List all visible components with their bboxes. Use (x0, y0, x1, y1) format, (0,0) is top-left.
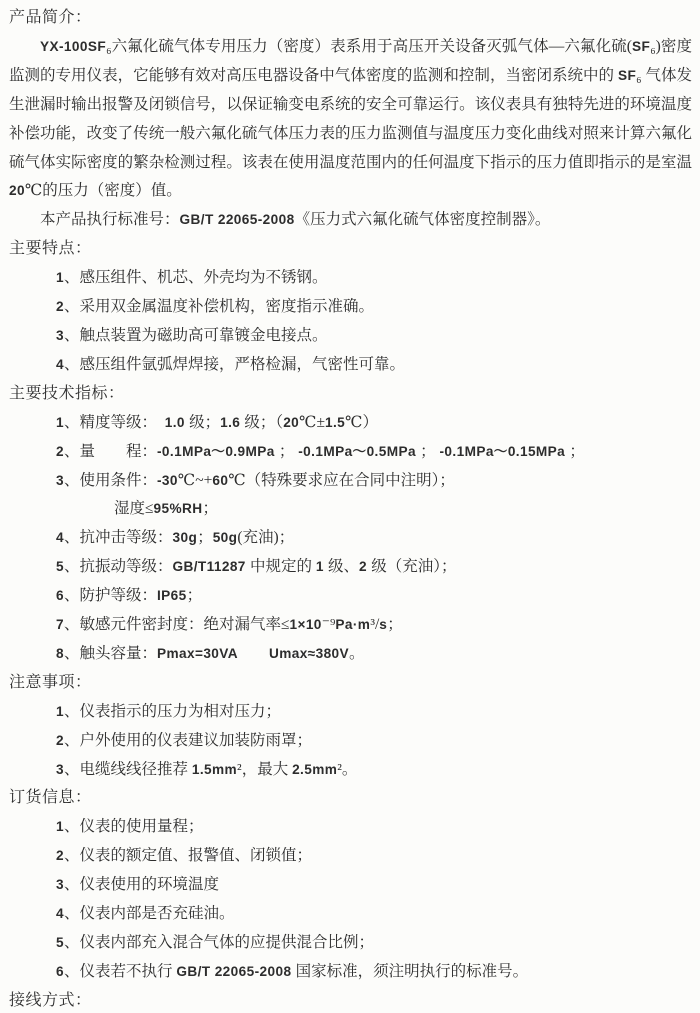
spec-item-seal: 7、敏感元件密封度：绝对漏气率≤1×10⁻⁹Pa·m³/s； (9, 611, 692, 640)
spec-item-range: 2、量 程：-0.1MPa～0.9MPa ； -0.1MPa～0.5MPa ； … (9, 438, 692, 467)
document-page: 产品简介： YX-100SF₆六氟化硫气体专用压力（密度）表系用于高压开关设备灭… (0, 0, 700, 1013)
intro-heading: 产品简介： (9, 4, 692, 33)
ordering-item: 6、仪表若不执行 GB/T 22065-2008 国家标准，须注明执行的标准号。 (9, 958, 692, 987)
note-item: 3、电缆线线径推荐 1.5mm²，最大 2.5mm²。 (9, 756, 692, 785)
feature-item: 1、感压组件、机芯、外壳均为不锈钢。 (9, 264, 692, 293)
ordering-item: 1、仪表的使用量程； (9, 813, 692, 842)
ordering-item: 5、仪表内部充入混合气体的应提供混合比例； (9, 929, 692, 958)
standard-line: 本产品执行标准号：GB/T 22065-2008《压力式六氟化硫气体密度控制器》… (9, 206, 692, 235)
feature-item: 3、触点装置为磁助高可靠镀金电接点。 (9, 322, 692, 351)
spec-item-protection: 6、防护等级：IP65； (9, 582, 692, 611)
ordering-item: 4、仪表内部是否充硅油。 (9, 900, 692, 929)
features-heading: 主要特点： (9, 235, 692, 264)
wiring-heading: 接线方式： (9, 987, 692, 1013)
spec-item-vibration: 5、抗振动等级：GB/T11287 中规定的 1 级、2 级（充油）； (9, 553, 692, 582)
feature-item: 2、采用双金属温度补偿机构，密度指示准确。 (9, 293, 692, 322)
ordering-item: 3、仪表使用的环境温度 (9, 871, 692, 900)
feature-item: 4、感压组件氩弧焊焊接，严格检漏，气密性可靠。 (9, 351, 692, 380)
spec-item-accuracy: 1、精度等级： 1.0 级；1.6 级；（20℃±1.5℃） (9, 409, 692, 438)
note-item: 1、仪表指示的压力为相对压力； (9, 698, 692, 727)
intro-paragraph: YX-100SF₆六氟化硫气体专用压力（密度）表系用于高压开关设备灭弧气体—六氟… (9, 33, 692, 206)
spec-subitem-humidity: 湿度≤95%RH； (9, 495, 692, 524)
ordering-heading: 订货信息： (9, 784, 692, 813)
spec-item-shock: 4、抗冲击等级：30g；50g(充油)； (9, 524, 692, 553)
notes-heading: 注意事项： (9, 669, 692, 698)
spec-item-contact-capacity: 8、触头容量：Pmax=30VA Umax≈380V。 (9, 640, 692, 669)
spec-item-conditions: 3、使用条件：-30℃~+60℃（特殊要求应在合同中注明）； (9, 467, 692, 496)
note-item: 2、户外使用的仪表建议加装防雨罩； (9, 727, 692, 756)
ordering-item: 2、仪表的额定值、报警值、闭锁值； (9, 842, 692, 871)
specs-heading: 主要技术指标： (9, 380, 692, 409)
